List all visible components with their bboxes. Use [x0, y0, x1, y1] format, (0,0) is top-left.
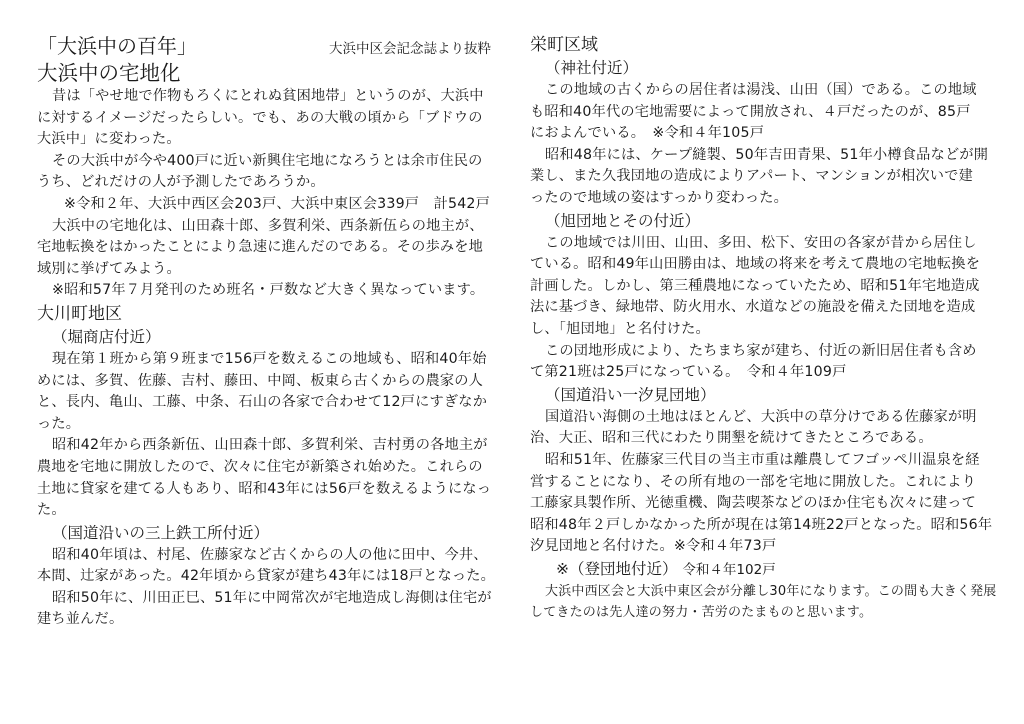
paragraph-line: めには、多賀、佐藤、吉村、藤田、中岡、板東ら古くからの農家の人 — [37, 371, 495, 393]
paragraph-line: この団地形成により、たちまち家が建ち、付近の新旧居住者も含め — [530, 341, 992, 363]
right-column: 栄町区域 （神社付近） この地域の古くからの居住者は湯浅、山田（国）である。この… — [530, 33, 992, 623]
subsection-heading: （神社付近） — [530, 57, 992, 80]
paragraph-line: 計画した。しかし、第三種農地になっていたため、昭和51年宅地造成 — [530, 276, 992, 298]
paragraph-line: 大浜中」に変わった。 — [37, 129, 495, 151]
paragraph-line: て第21班は25戸になっている。 令和４年109戸 — [530, 362, 992, 384]
paragraph-line: も昭和40年代の宅地需要によって開放され、４戸だったのが、85戸 — [530, 102, 992, 124]
note-line: ※令和２年、大浜中西区会203戸、大浜中東区会339戸 計542戸 — [37, 194, 495, 216]
left-column: 「大浜中の百年」 大浜中区会記念誌より抜粋 大浜中の宅地化 昔は「やせ地で作物も… — [37, 33, 495, 631]
paragraph-line: 宅地転換をはかったことにより急速に進んだのである。その歩みを地 — [37, 237, 495, 259]
closing-line: してきたのは先人達の努力・苦労のたまものと思います。 — [530, 602, 992, 623]
paragraph-line: に対するイメージだったらしい。でも、あの大戦の頃から「ブドウの — [37, 108, 495, 130]
paragraph-line: 建ち並んだ。 — [37, 609, 495, 631]
paragraph-line: 昭和50年に、川田正巳、51年に中岡常次が宅地造成し海側は住宅が — [37, 588, 495, 610]
paragraph-line: 営することになり、その所有地の一部を宅地に開放した。これにより — [530, 472, 992, 494]
paragraph-line: し、「旭団地」と名付けた。 — [530, 319, 992, 341]
paragraph-line: 汐見団地と名付けた。※令和４年73戸 — [530, 536, 992, 558]
paragraph-line: 国道沿い海側の土地はほとんど、大浜中の草分けである佐藤家が明 — [530, 407, 992, 429]
paragraph-line: 本間、辻家があった。42年頃から貸家が建ち43年には18戸となった。 — [37, 566, 495, 588]
paragraph-line: この地域の古くからの居住者は湯浅、山田（国）である。この地域 — [530, 80, 992, 102]
paragraph-line: 治、大正、昭和三代にわたり開墾を続けてきたところである。 — [530, 428, 992, 450]
paragraph-line: 業し、また久我団地の造成によりアパート、マンションが相次いで建 — [530, 166, 992, 188]
paragraph-line: 昭和51年、佐藤家三代目の当主市重は離農してフゴッペ川温泉を経 — [530, 450, 992, 472]
subsection-heading: （堀商店付近） — [37, 326, 495, 349]
paragraph-line: ったので地域の姿はすっかり変わった。 — [530, 188, 992, 210]
title-row: 「大浜中の百年」 大浜中区会記念誌より抜粋 — [37, 33, 495, 60]
subsection-heading: （国道沿い一汐見団地） — [530, 384, 992, 407]
paragraph-line: と、長内、亀山、工藤、中条、石山の各家で合わせて12戸にすぎなか — [37, 392, 495, 414]
paragraph-line: 土地に貸家を建てる人もあり、昭和43年には56戸を数えるようになっ — [37, 479, 495, 501]
paragraph-line: 昭和40年頃は、村尾、佐藤家など古くからの人の他に田中、今井、 — [37, 545, 495, 567]
paragraph-line: におよんでいる。 ※令和４年105戸 — [530, 123, 992, 145]
subsection-heading: （旭団地とその付近） — [530, 210, 992, 233]
note-heading-count: 令和４年102戸 — [682, 562, 775, 578]
paragraph-line: ている。昭和49年山田勝由は、地域の将来を考えて農地の宅地転換を — [530, 254, 992, 276]
paragraph-line: この地域では川田、山田、多田、松下、安田の各家が昔から居住し — [530, 233, 992, 255]
paragraph-line: うち、どれだけの人が予測したであろうか。 — [37, 172, 495, 194]
note-line: ※昭和57年７月発刊のため班名・戸数など大きく異なっています。 — [37, 280, 495, 302]
paragraph-line: 法に基づき、緑地帯、防火用水、水道などの施設を備えた団地を造成 — [530, 297, 992, 319]
subsection-heading: （国道沿いの三上鉄工所付近） — [37, 522, 495, 545]
paragraph-line: た。 — [37, 500, 495, 522]
paragraph-line: 昔は「やせ地で作物もろくにとれぬ貧困地帯」というのが、大浜中 — [37, 86, 495, 108]
paragraph-line: 大浜中の宅地化は、山田森十郎、多賀利栄、西条新伍らの地主が、 — [37, 216, 495, 238]
source-note: 大浜中区会記念誌より抜粋 — [329, 37, 491, 57]
paragraph-line: 現在第１班から第９班まで156戸を数えるこの地域も、昭和40年始 — [37, 349, 495, 371]
paragraph-line: 昭和48年には、ケープ縫製、50年吉田青果、51年小樽食品などが開 — [530, 145, 992, 167]
paragraph-line: 域別に挙げてみよう。 — [37, 259, 495, 281]
note-heading: ※（登団地付近） 令和４年102戸 — [530, 558, 992, 581]
closing-line: 大浜中西区会と大浜中東区会が分離し30年になります。この間も大きく発展 — [530, 581, 992, 602]
paragraph-line: 工藤家具製作所、光徳重機、陶芸喫茶などのほか住宅も次々に建って — [530, 493, 992, 515]
note-heading-label: ※（登団地付近） — [556, 560, 678, 578]
paragraph-line: 昭和42年から西条新伍、山田森十郎、多賀利栄、吉村勇の各地主が — [37, 435, 495, 457]
paragraph-line: 昭和48年２戸しかなかった所が現在は第14班22戸となった。昭和56年 — [530, 515, 992, 537]
section-heading-sakae: 栄町区域 — [530, 33, 992, 57]
section-heading-okawa: 大川町地区 — [37, 302, 495, 326]
document-title: 「大浜中の百年」 — [37, 33, 197, 60]
paragraph-line: った。 — [37, 414, 495, 436]
main-heading: 大浜中の宅地化 — [37, 60, 495, 86]
paragraph-line: 農地を宅地に開放したので、次々に住宅が新築され始めた。これらの — [37, 457, 495, 479]
paragraph-line: その大浜中が今や400戸に近い新興住宅地になろうとは余市住民の — [37, 151, 495, 173]
